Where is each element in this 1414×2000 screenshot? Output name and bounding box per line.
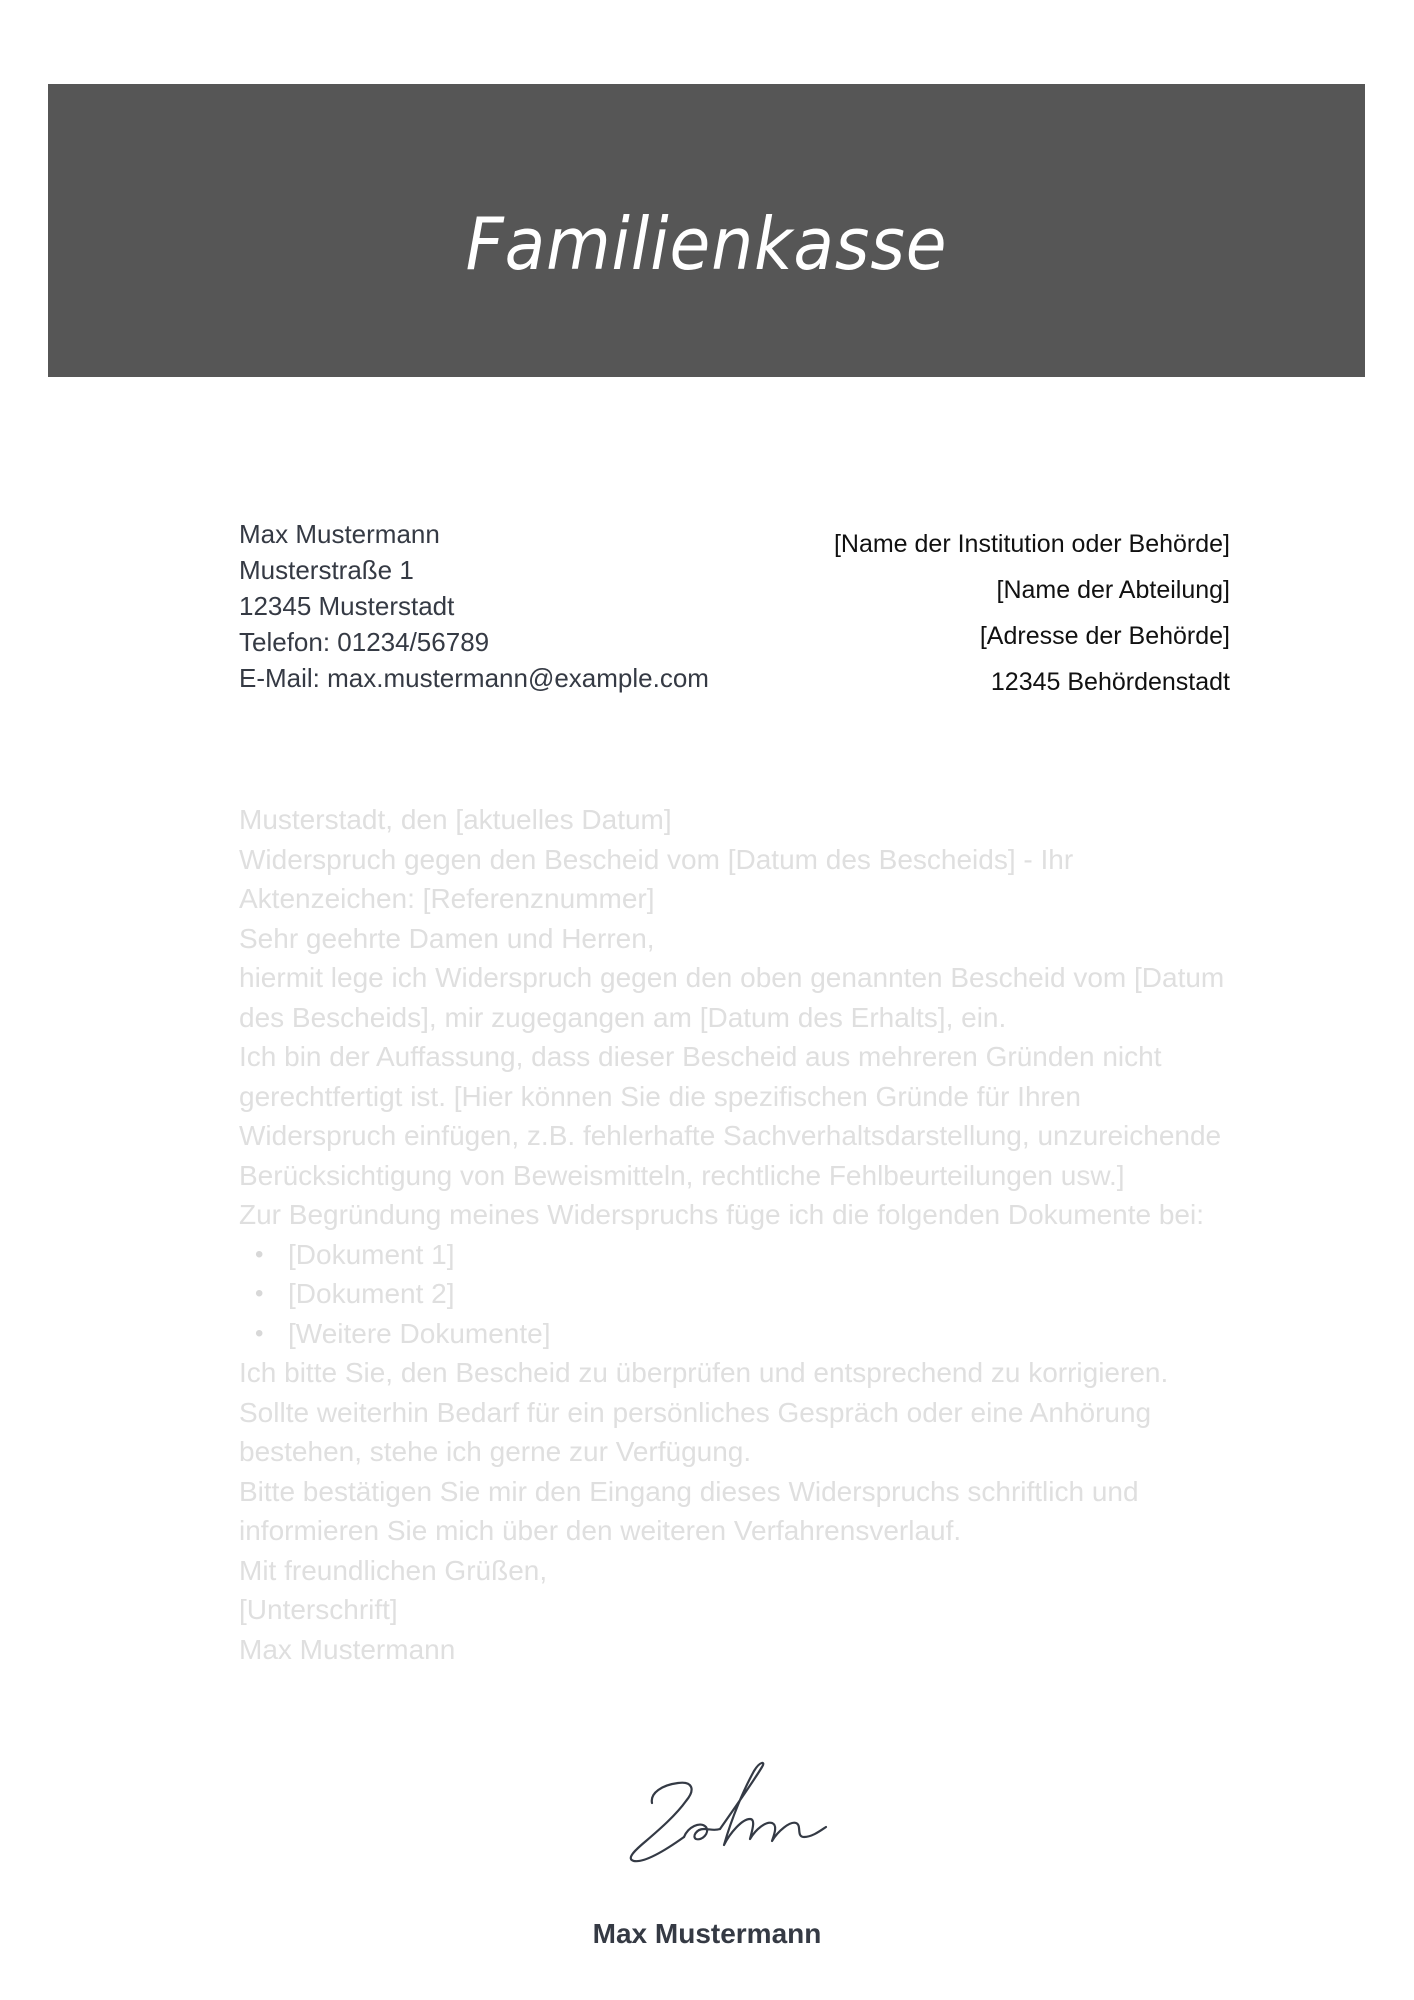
document-label: [Weitere Dokumente] bbox=[288, 1318, 551, 1349]
closing: Mit freundlichen Grüßen, bbox=[239, 1551, 1239, 1591]
letter-body: Musterstadt, den [aktuelles Datum] Wider… bbox=[239, 800, 1239, 1669]
sender-phone: Telefon: 01234/56789 bbox=[239, 624, 709, 660]
sender-street: Musterstraße 1 bbox=[239, 552, 709, 588]
paragraph-line: hiermit lege ich Widerspruch gegen den o… bbox=[239, 958, 1239, 998]
closing-name: Max Mustermann bbox=[239, 1630, 1239, 1670]
document-label: [Dokument 2] bbox=[288, 1278, 455, 1309]
paragraph-reasons: Ich bin der Auffassung, dass dieser Besc… bbox=[239, 1037, 1239, 1195]
sender-name: Max Mustermann bbox=[239, 516, 709, 552]
paragraph-hearing: Sollte weiterhin Bedarf für ein persönli… bbox=[239, 1393, 1239, 1472]
paragraph-line: bestehen, stehe ich gerne zur Verfügung. bbox=[239, 1432, 1239, 1472]
paragraph-intro: hiermit lege ich Widerspruch gegen den o… bbox=[239, 958, 1239, 1037]
paragraph-line: des Bescheids], mir zugegangen am [Datum… bbox=[239, 998, 1239, 1038]
handwritten-signature bbox=[620, 1755, 830, 1870]
signature-placeholder: [Unterschrift] bbox=[239, 1590, 1239, 1630]
recipient-institution: [Name der Institution oder Behörde] bbox=[834, 521, 1230, 567]
page-title: Familienkasse bbox=[101, 196, 1313, 292]
list-item: • [Dokument 1] bbox=[239, 1235, 1239, 1275]
recipient-city: 12345 Behördenstadt bbox=[834, 659, 1230, 705]
salutation: Sehr geehrte Damen und Herren, bbox=[239, 919, 1239, 959]
recipient-department: [Name der Abteilung] bbox=[834, 567, 1230, 613]
documents-intro: Zur Begründung meines Widerspruchs füge … bbox=[239, 1195, 1239, 1235]
paragraph-line: Ich bin der Auffassung, dass dieser Besc… bbox=[239, 1037, 1239, 1077]
place-date: Musterstadt, den [aktuelles Datum] bbox=[239, 800, 1239, 840]
bullet-icon: • bbox=[255, 1235, 263, 1275]
paragraph-line: gerechtfertigt ist. [Hier können Sie die… bbox=[239, 1077, 1239, 1117]
paragraph-line: informieren Sie mich über den weiteren V… bbox=[239, 1511, 1239, 1551]
bullet-icon: • bbox=[255, 1314, 263, 1354]
paragraph-confirmation: Bitte bestätigen Sie mir den Eingang die… bbox=[239, 1472, 1239, 1551]
subject-line: Aktenzeichen: [Referenznummer] bbox=[239, 879, 1239, 919]
header-banner: Familienkasse bbox=[48, 84, 1365, 377]
subject-line: Widerspruch gegen den Bescheid vom [Datu… bbox=[239, 840, 1239, 880]
sender-city: 12345 Musterstadt bbox=[239, 588, 709, 624]
list-item: • [Weitere Dokumente] bbox=[239, 1314, 1239, 1354]
paragraph-line: Widerspruch einfügen, z.B. fehlerhafte S… bbox=[239, 1116, 1239, 1156]
bullet-icon: • bbox=[255, 1274, 263, 1314]
paragraph-line: Berücksichtigung von Beweismitteln, rech… bbox=[239, 1156, 1239, 1196]
paragraph-request: Ich bitte Sie, den Bescheid zu überprüfe… bbox=[239, 1353, 1239, 1393]
documents-list: • [Dokument 1] • [Dokument 2] • [Weitere… bbox=[239, 1235, 1239, 1354]
document-label: [Dokument 1] bbox=[288, 1239, 455, 1270]
paragraph-line: Bitte bestätigen Sie mir den Eingang die… bbox=[239, 1472, 1239, 1512]
signer-name: Max Mustermann bbox=[0, 1916, 1414, 1952]
sender-email: E-Mail: max.mustermann@example.com bbox=[239, 660, 709, 696]
recipient-address-block: [Name der Institution oder Behörde] [Nam… bbox=[834, 521, 1230, 705]
paragraph-line: Sollte weiterhin Bedarf für ein persönli… bbox=[239, 1393, 1239, 1433]
list-item: • [Dokument 2] bbox=[239, 1274, 1239, 1314]
recipient-address: [Adresse der Behörde] bbox=[834, 613, 1230, 659]
sender-address-block: Max Mustermann Musterstraße 1 12345 Must… bbox=[239, 516, 709, 696]
